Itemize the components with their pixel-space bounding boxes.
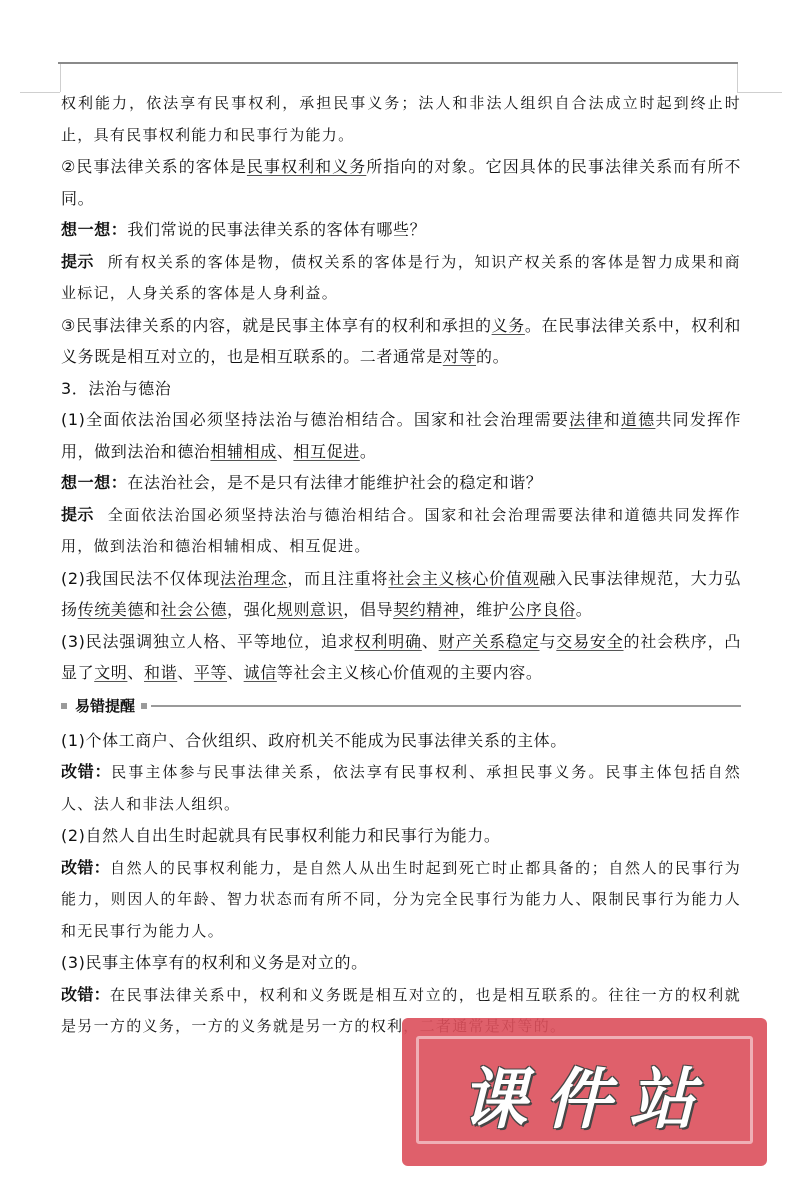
underlined-term: 相辅相成 [210,442,276,461]
text: 和 [144,600,161,619]
underlined-term: 权利明确 [355,632,422,651]
bullet-square-icon [61,703,67,709]
underlined-term: 法治理念 [220,569,287,588]
document-body: 权利能力，依法享有民事权利，承担民事义务；法人和非法人组织自合法成立时起到终止时… [61,88,741,1043]
error-statement: (1)个体工商户、合伙组织、政府机关不能成为民事法律关系的主体。 [61,725,741,757]
text: ②民事法律关系的客体是 [61,157,247,176]
underlined-term: 平等 [194,663,227,682]
correction-text: 民事主体参与民事法律关系，依法享有民事权利、承担民事义务。民事主体包括自然人、法… [61,763,741,813]
text: 与 [539,632,556,651]
hint-2: 提示全面依法治国必须坚持法治与德治相结合。国家和社会治理需要法律和道德共同发挥作… [61,499,741,563]
text: (3)民法强调独立人格、平等地位，追求 [61,632,355,651]
underlined-term: 契约精神 [393,600,459,619]
header-rule [58,62,738,64]
error-correction: 改错：自然人的民事权利能力，是自然人从出生时起到死亡时止都具备的；自然人的民事行… [61,852,741,948]
think-text: 我们常说的民事法律关系的客体有哪些？ [127,220,426,239]
underlined-term: 道德 [621,410,656,429]
text: 和 [604,410,621,429]
correction-label: 改错： [61,858,110,877]
underlined-term: 文明 [94,663,127,682]
error-statement: (2)自然人自出生时起就具有民事权利能力和民事行为能力。 [61,820,741,852]
underlined-term: 传统美德 [78,600,144,619]
text: ③民事法律关系的内容，就是民事主体享有的权利和承担的 [61,316,492,335]
underlined-term: 社会主义核心价值观 [388,569,539,588]
point-3: (3)民法强调独立人格、平等地位，追求权利明确、财产关系稳定与交易安全的社会秩序… [61,626,741,689]
correction-text: 自然人的民事权利能力，是自然人从出生时起到死亡时止都具备的；自然人的民事行为能力… [61,859,741,940]
underlined-term: 公序良俗 [509,600,575,619]
text: ，强化 [227,600,277,619]
watermark-text: 课件站 [422,1046,752,1141]
text: (2)我国民法不仅体现 [61,569,220,588]
underlined-term: 社会公德 [161,600,227,619]
text: 、 [177,663,194,682]
underlined-term: 规则意识 [277,600,343,619]
hint-label: 提示 [61,505,94,524]
underlined-term: 民事权利和义务 [247,157,366,176]
correction-label: 改错： [61,985,110,1004]
underlined-term: 财产关系稳定 [439,632,540,651]
think-question-2: 想一想：在法治社会，是不是只有法律才能维护社会的稳定和谐？ [61,467,741,499]
think-text: 在法治社会，是不是只有法律才能维护社会的稳定和谐？ [127,473,542,492]
error-statement: (3)民事主体享有的权利和义务是对立的。 [61,947,741,979]
point-1: (1)全面依法治国必须坚持法治与德治相结合。国家和社会治理需要法律和道德共同发挥… [61,404,741,467]
correction-label: 改错： [61,762,111,781]
text: 、 [277,442,294,461]
object-paragraph: ②民事法律关系的客体是民事权利和义务所指向的对象。它因具体的民事法律关系而有所不… [61,151,741,214]
underlined-term: 诚信 [244,663,277,682]
text: 。 [360,442,377,461]
bullet-square-icon [141,703,147,709]
text: 、 [127,663,144,682]
hint-text: 全面依法治国必须坚持法治与德治相结合。国家和社会治理需要法律和道德共同发挥作用，… [61,506,741,556]
underlined-term: 和谐 [144,663,177,682]
underlined-term: 交易安全 [556,632,623,651]
section-divider [151,705,741,707]
error-correction: 改错：民事主体参与民事法律关系，依法享有民事权利、承担民事义务。民事主体包括自然… [61,756,741,820]
underlined-term: 相互促进 [293,442,359,461]
content-paragraph: ③民事法律关系的内容，就是民事主体享有的权利和承担的义务。在民事法律关系中，权利… [61,310,741,373]
hint-1: 提示所有权关系的客体是物，债权关系的客体是行为，知识产权关系的客体是智力成果和商… [61,246,741,310]
think-question-1: 想一想：我们常说的民事法律关系的客体有哪些？ [61,214,741,246]
text: 等社会主义核心价值观的主要内容。 [277,663,543,682]
text: ，而且注重将 [287,569,388,588]
text: 的。 [476,347,509,366]
text: 。 [576,600,593,619]
section-title: 易错提醒 [75,695,135,716]
underlined-term: 对等 [443,347,476,366]
heading-rule-of-law: 3．法治与德治 [61,373,741,405]
think-label: 想一想： [61,473,127,492]
hint-label: 提示 [61,252,94,271]
text: 、 [422,632,439,651]
section-header-common-mistakes: 易错提醒 [61,691,741,721]
text: ，维护 [459,600,509,619]
text: 、 [227,663,244,682]
intro-continuation: 权利能力，依法享有民事权利，承担民事义务；法人和非法人组织自合法成立时起到终止时… [61,88,741,151]
watermark-stamp: 课件站 [402,1018,767,1166]
text: (1)全面依法治国必须坚持法治与德治相结合。国家和社会治理需要 [61,410,569,429]
text: ，倡导 [343,600,393,619]
header-corner-right-h [737,92,782,93]
think-label: 想一想： [61,220,127,239]
underlined-term: 法律 [569,410,604,429]
underlined-term: 义务 [492,316,525,335]
header-corner-left-h [20,92,60,93]
point-2: (2)我国民法不仅体现法治理念，而且注重将社会主义核心价值观融入民事法律规范，大… [61,563,741,626]
hint-text: 所有权关系的客体是物，债权关系的客体是行为，知识产权关系的客体是智力成果和商业标… [61,253,741,303]
